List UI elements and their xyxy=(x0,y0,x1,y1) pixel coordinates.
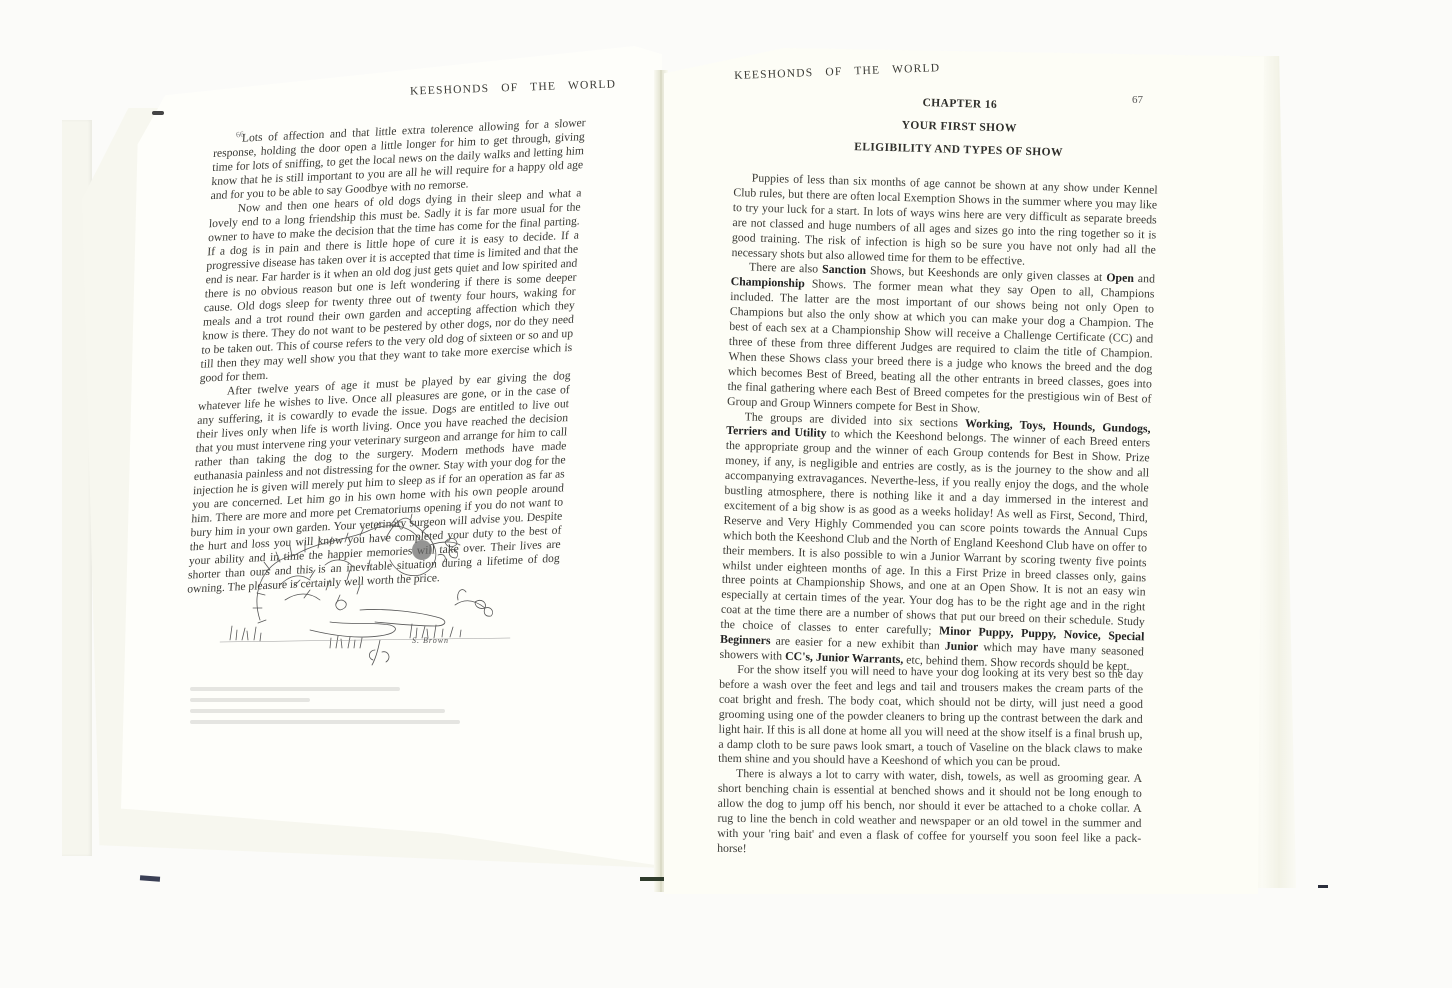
bold-term: Championship xyxy=(730,274,804,290)
bold-term: Open xyxy=(1106,271,1134,286)
paragraph: Puppies of less than six months of age c… xyxy=(731,170,1157,272)
cover-corner xyxy=(1318,885,1328,888)
illustration-signature: S. Brown xyxy=(412,636,449,645)
bold-term: Minor Puppy, Puppy, Novice, Special Begi… xyxy=(720,623,1145,647)
right-page-body: Puppies of less than six months of age c… xyxy=(714,170,1158,868)
bold-term: Working, Toys, Hounds, Gundogs, Terriers… xyxy=(726,415,1151,440)
cover-corner xyxy=(140,875,160,881)
paragraph: The groups are divided into six sections… xyxy=(719,408,1150,674)
ink-mark xyxy=(152,111,164,115)
chapter-title: YOUR FIRST SHOW xyxy=(829,117,1089,136)
photo-of-open-book: KEESHONDS OF THE WORLD 66 Lots of affect… xyxy=(0,0,1452,988)
paragraph: For the show itself you will need to hav… xyxy=(718,662,1143,772)
paragraph: There is always a lot to carry with wate… xyxy=(717,766,1142,861)
cover-corner xyxy=(640,877,664,881)
paragraph: Now and then one hears of old dogs dying… xyxy=(199,186,581,386)
paragraph: There are also Sanction Shows, but Keesh… xyxy=(727,259,1155,421)
show-through-text xyxy=(190,680,490,740)
chapter-heading: CHAPTER 16 YOUR FIRST SHOW ELIGIBILITY A… xyxy=(828,94,1090,159)
keeshond-illustration xyxy=(210,500,530,670)
bold-term: Junior xyxy=(945,639,979,654)
bold-term: Sanction xyxy=(822,262,866,277)
right-page-number: 67 xyxy=(1132,94,1143,106)
